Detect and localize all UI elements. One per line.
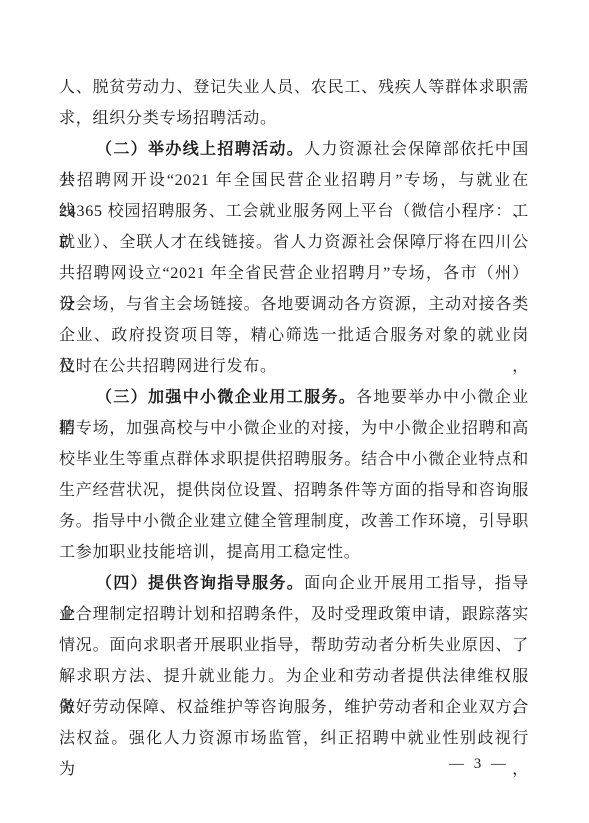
- line-text: 人、脱贫劳动力、登记失业人员、农民工、残疾人等群体求职需: [59, 79, 529, 96]
- line-text: 情况。面向求职者开展职业指导，帮助劳动者分析失业原因、了: [59, 637, 529, 654]
- line-text: 求，组织分类专场招聘活动。: [59, 110, 277, 127]
- document-line: 就业）、全联人才在线链接。省人力资源社会保障厅将在四川公: [59, 227, 529, 258]
- paragraph-lead: （三）加强中小微企业用工服务。: [96, 389, 356, 406]
- document-line: 务。指导中小微企业建立健全管理制度，改善工作环境，引导职: [59, 506, 529, 537]
- line-text: 分会场，与省主会场链接。各地要调动各方资源，主动对接各类: [59, 296, 529, 313]
- page-number: — 3 —: [449, 756, 509, 773]
- document-line: 法权益。强化人力资源市场监管，纠正招聘中就业性别歧视行为，: [59, 723, 529, 754]
- document-line: 企业、政府投资项目等，精心筛选一批适合服务对象的就业岗位，: [59, 320, 529, 351]
- document-line: （四）提供咨询指导服务。面向企业开展用工指导，指导企: [59, 568, 529, 599]
- paragraph-lead: （二）举办线上招聘活动。: [96, 141, 304, 158]
- line-text: 及时在公共招聘网进行发布。: [59, 358, 277, 375]
- document-line: 求，组织分类专场招聘活动。: [59, 103, 529, 134]
- document-line: 分会场，与省主会场链接。各地要调动各方资源，主动对接各类: [59, 289, 529, 320]
- line-text: 做好劳动保障、权益维护等咨询服务，维护劳动者和企业双方合: [59, 699, 529, 716]
- document-line: 人、脱贫劳动力、登记失业人员、农民工、残疾人等群体求职需: [59, 72, 529, 103]
- document-line: 24365 校园招聘服务、工会就业服务网上平台（微信小程序：工E: [59, 196, 529, 227]
- document-line: 解求职方法、提升就业能力。为企业和劳动者提供法律维权服务，: [59, 661, 529, 692]
- document-page: 人、脱贫劳动力、登记失业人员、农民工、残疾人等群体求职需求，组织分类专场招聘活动…: [0, 0, 589, 823]
- document-line: 做好劳动保障、权益维护等咨询服务，维护劳动者和企业双方合: [59, 692, 529, 723]
- document-line: 生产经营状况，提供岗位设置、招聘条件等方面的指导和咨询服: [59, 475, 529, 506]
- document-line: 情况。面向求职者开展职业指导，帮助劳动者分析失业原因、了: [59, 630, 529, 661]
- line-text: 校毕业生等重点群体求职提供招聘服务。结合中小微企业特点和: [59, 451, 529, 468]
- line-text: 工参加职业技能培训，提高用工稳定性。: [59, 544, 361, 561]
- document-body: 人、脱贫劳动力、登记失业人员、农民工、残疾人等群体求职需求，组织分类专场招聘活动…: [59, 72, 529, 754]
- document-line: （三）加强中小微企业用工服务。各地要举办中小微企业招: [59, 382, 529, 413]
- line-text: 业合理制定招聘计划和招聘条件，及时受理政策申请，跟踪落实: [59, 606, 529, 623]
- paragraph-lead: （四）提供咨询指导服务。: [96, 575, 304, 592]
- document-line: （二）举办线上招聘活动。人力资源社会保障部依托中国公: [59, 134, 529, 165]
- document-line: 聘专场，加强高校与中小微企业的对接，为中小微企业招聘和高: [59, 413, 529, 444]
- line-text: 聘专场，加强高校与中小微企业的对接，为中小微企业招聘和高: [59, 420, 529, 437]
- document-line: 工参加职业技能培训，提高用工稳定性。: [59, 537, 529, 568]
- line-text: 就业）、全联人才在线链接。省人力资源社会保障厅将在四川公: [59, 234, 529, 251]
- document-line: 业合理制定招聘计划和招聘条件，及时受理政策申请，跟踪落实: [59, 599, 529, 630]
- document-line: 共招聘网开设“2021 年全国民营企业招聘月”专场，与就业在线、: [59, 165, 529, 196]
- line-text: 务。指导中小微企业建立健全管理制度，改善工作环境，引导职: [59, 513, 529, 530]
- document-line: 共招聘网设立“2021 年全省民营企业招聘月”专场，各市（州）设: [59, 258, 529, 289]
- document-line: 校毕业生等重点群体求职提供招聘服务。结合中小微企业特点和: [59, 444, 529, 475]
- line-text: 生产经营状况，提供岗位设置、招聘条件等方面的指导和咨询服: [59, 482, 529, 499]
